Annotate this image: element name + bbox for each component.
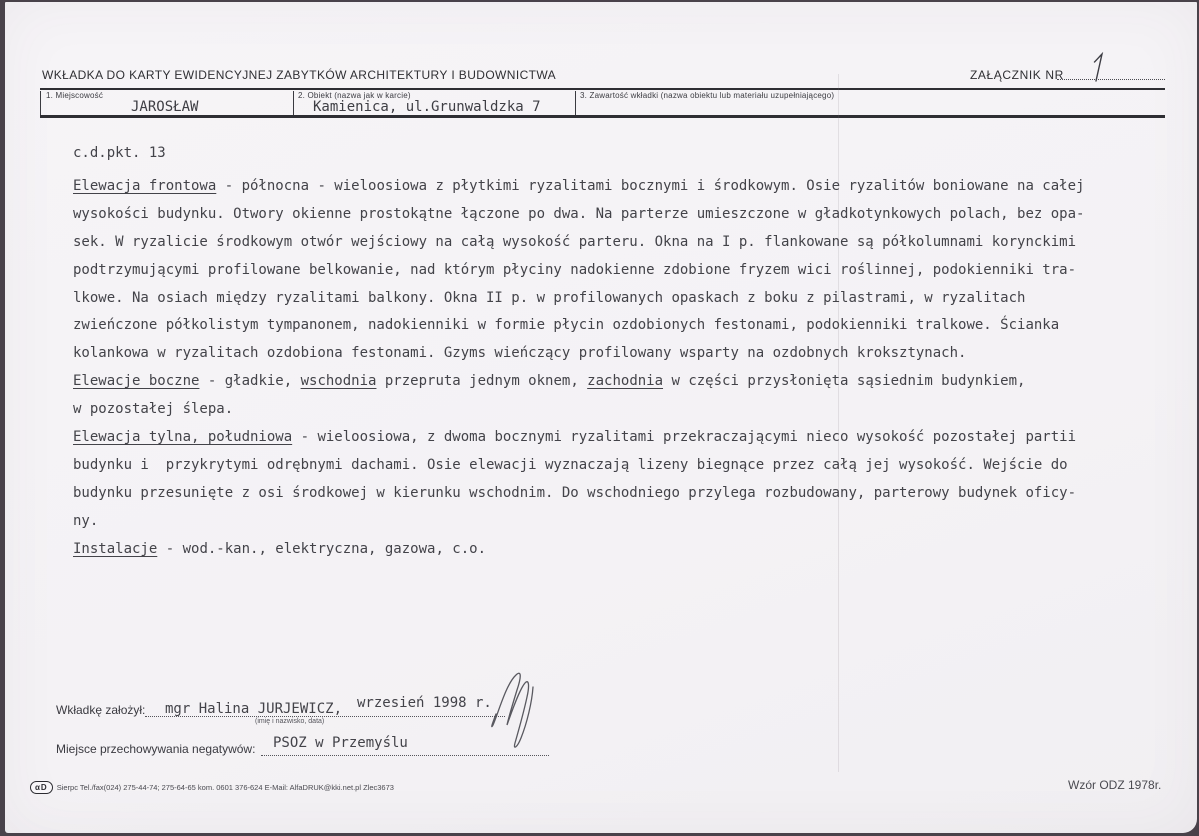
table-divider bbox=[40, 91, 41, 116]
text-line: wysokości budynku. Otwory okienne prosto… bbox=[73, 201, 1158, 229]
cell-value-miejscowosc: JAROSŁAW bbox=[131, 99, 198, 115]
table-bottom-border bbox=[40, 115, 1165, 118]
body-intro-line: c.d.pkt. 13 bbox=[73, 145, 166, 161]
handwritten-attachment-number bbox=[1091, 52, 1107, 84]
founder-label: Wkładkę założył: bbox=[56, 703, 145, 717]
text-line: kolankowa w ryzalitach ozdobiona festona… bbox=[73, 340, 1158, 368]
attachment-number-dotted-line bbox=[1057, 65, 1165, 80]
printer-info-strip: αD Sierpc Tel./fax(024) 275-44-74; 275-6… bbox=[30, 781, 394, 794]
cell-label-zawartosc: 3. Zawartość wkładki (nazwa obiektu lub … bbox=[580, 91, 834, 100]
table-divider bbox=[575, 91, 576, 116]
text-line: w pozostałej ślepa. bbox=[73, 396, 1158, 424]
cell-value-obiekt: Kamienica, ul.Grunwaldzka 7 bbox=[313, 99, 541, 115]
text-line: zwieńczone półkolistym tympanonem, nadok… bbox=[73, 312, 1158, 340]
text-line: sek. W ryzalicie środkowym otwór wejścio… bbox=[73, 229, 1158, 257]
paper-sheet: WKŁADKA DO KARTY EWIDENCYJNEJ ZABYTKÓW A… bbox=[5, 2, 1197, 833]
document-title: WKŁADKA DO KARTY EWIDENCYJNEJ ZABYTKÓW A… bbox=[42, 68, 556, 82]
text-line: Elewacja tylna, południowa - wieloosiowa… bbox=[73, 424, 1158, 452]
printer-logo-icon: αD bbox=[30, 781, 53, 794]
text-line: podtrzymującymi profilowane belkowanie, … bbox=[73, 257, 1158, 285]
body-lines: Elewacja frontowa - północna - wieloosio… bbox=[73, 173, 1158, 563]
founder-date-typed: wrzesień 1998 r. bbox=[357, 695, 492, 711]
text-line: budynku przesunięte z osi środkowej w ki… bbox=[73, 480, 1158, 508]
text-line: Elewacje boczne - gładkie, wschodnia prz… bbox=[73, 368, 1158, 396]
founder-sublabel: (imię i nazwisko, data) bbox=[255, 718, 324, 725]
cell-label-miejscowosc: 1. Miejscowość bbox=[46, 91, 103, 100]
text-line: budynku i przykrytymi odrębnymi dachami.… bbox=[73, 452, 1158, 480]
negatives-label: Miejsce przechowywania negatywów: bbox=[56, 742, 255, 756]
form-version-label: Wzór ODZ 1978r. bbox=[1068, 778, 1161, 792]
table-divider bbox=[293, 91, 294, 116]
text-line: Elewacja frontowa - północna - wieloosio… bbox=[73, 173, 1158, 201]
negatives-value-typed: PSOZ w Przemyślu bbox=[273, 735, 408, 751]
printer-info-text: Sierpc Tel./fax(024) 275-44-74; 275-64-6… bbox=[57, 783, 394, 792]
founder-name-typed: mgr Halina JURJEWICZ, bbox=[165, 701, 342, 717]
scan-fold-line bbox=[838, 74, 839, 772]
attachment-number-label: ZAŁĄCZNIK NR bbox=[970, 68, 1064, 82]
text-line: lkowe. Na osiach między ryzalitami balko… bbox=[73, 285, 1158, 313]
scanned-heritage-card: { "header": { "title": "WKŁADKA DO KARTY… bbox=[0, 0, 1199, 836]
text-line: ny. bbox=[73, 508, 1158, 536]
text-line: Instalacje - wod.-kan., elektryczna, gaz… bbox=[73, 536, 1158, 564]
